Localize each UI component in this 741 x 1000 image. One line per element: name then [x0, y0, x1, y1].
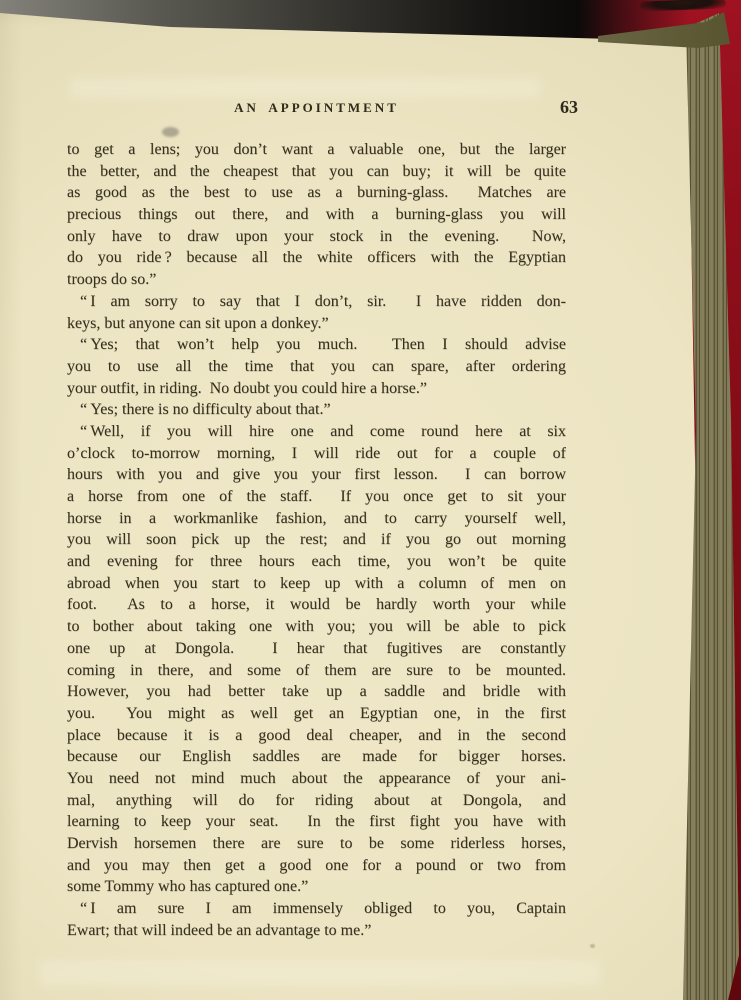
- text-line: one up at Dongola. I hear that fugitives…: [67, 638, 566, 660]
- text-line: troops do so.”: [67, 269, 566, 291]
- text-line: as good as the best to use as a burning-…: [67, 182, 566, 204]
- text-line: “ Yes; that won’t help you much. Then I …: [67, 334, 566, 356]
- text-line: hours with you and give you your first l…: [67, 464, 566, 486]
- text-line: “ I am sure I am immensely obliged to yo…: [67, 898, 566, 920]
- scan-light-band: [40, 960, 600, 986]
- running-header: AN APPOINTMENT: [67, 100, 566, 116]
- text-line: only have to draw upon your stock in the…: [67, 226, 566, 248]
- text-line: mal, anything will do for riding about a…: [67, 790, 566, 812]
- text-line: However, you had better take up a saddle…: [67, 681, 566, 703]
- text-line: you to use all the time that you can spa…: [67, 356, 566, 378]
- text-line: because our English saddles are made for…: [67, 746, 566, 768]
- book-page: AN APPOINTMENT 63 to get a lens; you don…: [0, 0, 741, 1000]
- text-line: place because it is a good deal cheaper,…: [67, 725, 566, 747]
- text-line: you. You might as well get an Egyptian o…: [67, 703, 566, 725]
- text-line: you will soon pick up the rest; and if y…: [67, 529, 566, 551]
- page-text: to get a lens; you don’t want a valuable…: [67, 139, 566, 941]
- text-line: coming in there, and some of them are su…: [67, 660, 566, 682]
- text-line: the better, and the cheapest that you ca…: [67, 161, 566, 183]
- text-line: You need not mind much about the appeara…: [67, 768, 566, 790]
- text-line: and you may then get a good one for a po…: [67, 855, 566, 877]
- text-line: to bother about taking one with you; you…: [67, 616, 566, 638]
- text-line: some Tommy who has captured one.”: [67, 876, 566, 898]
- text-line: o’clock to-morrow morning, I will ride o…: [67, 443, 566, 465]
- text-line: precious things out there, and with a bu…: [67, 204, 566, 226]
- text-line: “ Well, if you will hire one and come ro…: [67, 421, 566, 443]
- text-line: horse in a workmanlike fashion, and to c…: [67, 508, 566, 530]
- text-line: foot. As to a horse, it would be hardly …: [67, 594, 566, 616]
- text-line: learning to keep your seat. In the first…: [67, 811, 566, 833]
- page-number: 63: [560, 97, 578, 118]
- text-line: Ewart; that will indeed be an advantage …: [67, 920, 566, 942]
- text-line: abroad when you start to keep up with a …: [67, 573, 566, 595]
- text-line: keys, but anyone can sit upon a donkey.”: [67, 313, 566, 335]
- text-line: Dervish horsemen there are sure to be so…: [67, 833, 566, 855]
- text-line: to get a lens; you don’t want a valuable…: [67, 139, 566, 161]
- text-line: do you ride ? because all the white offi…: [67, 247, 566, 269]
- paper-speck: [590, 944, 595, 948]
- scan-light-band: [70, 78, 540, 98]
- text-line: “ Yes; there is no difficulty about that…: [67, 399, 566, 421]
- text-line: and evening for three hours each time, y…: [67, 551, 566, 573]
- text-line: your outfit, in riding. No doubt you cou…: [67, 378, 566, 400]
- paper-smudge: [162, 127, 179, 137]
- text-line: “ I am sorry to say that I don’t, sir. I…: [67, 291, 566, 313]
- text-line: a horse from one of the staff. If you on…: [67, 486, 566, 508]
- page-header: AN APPOINTMENT 63: [67, 100, 566, 122]
- book-scan: AN APPOINTMENT 63 to get a lens; you don…: [0, 0, 741, 1000]
